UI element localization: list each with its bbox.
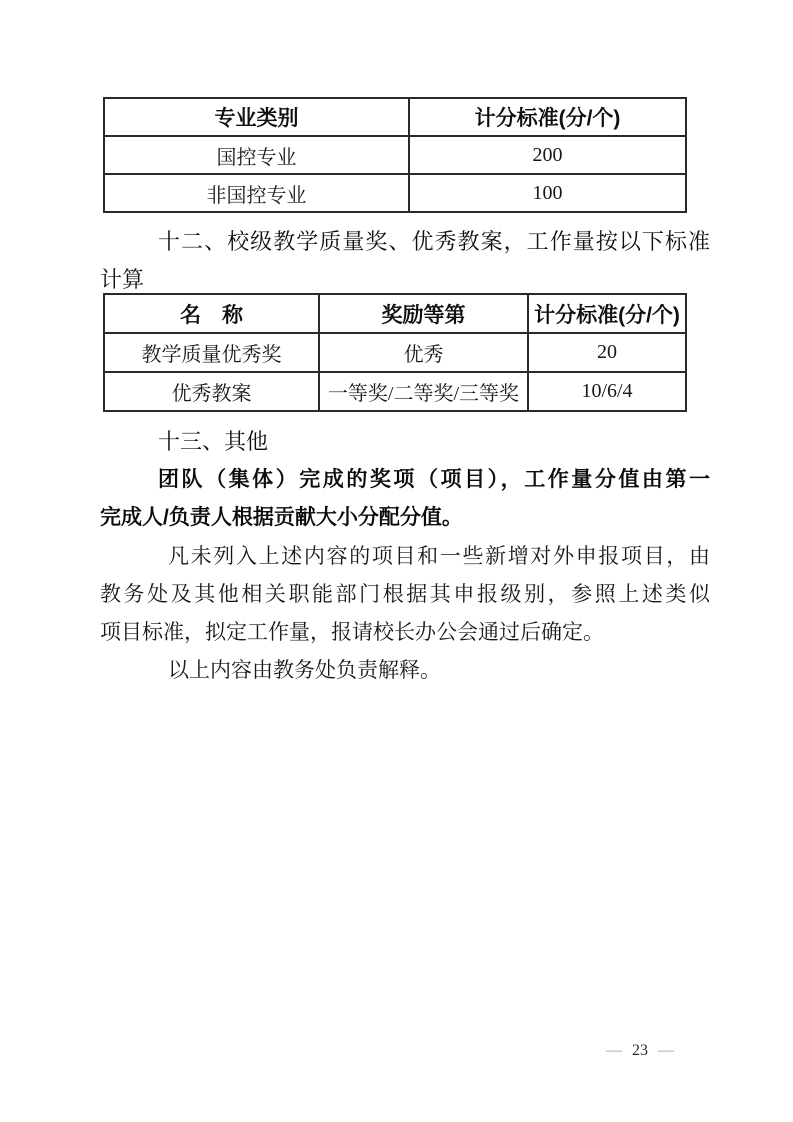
paragraph-1-line-3: 项目标准，拟定工作量，报请校长办公会通过后确定。 [100,613,710,651]
cell-score: 20 [528,333,686,372]
section-13-heading: 十三、其他 [100,423,710,461]
header-cell-category: 专业类别 [104,98,409,136]
section-12-heading: 十二、校级教学质量奖、优秀教案，工作量按以下标准 计算 [100,223,710,299]
header-cell-name: 名 称 [104,294,319,333]
unlisted-projects-paragraph: 凡未列入上述内容的项目和一些新增对外申报项目，由 教务处及其他相关职能部门根据其… [100,537,710,651]
page-number: —23— [560,1042,720,1060]
bold-paragraph-line-2: 完成人/负责人根据贡献大小分配分值。 [100,499,710,537]
table-row: 优秀教案 一等奖/二等奖/三等奖 10/6/4 [104,372,686,411]
professional-category-score-table: 专业类别 计分标准(分/个) 国控专业 200 非国控专业 100 [103,97,687,213]
header-cell-award-grade: 奖励等第 [319,294,528,333]
cell-award-grade: 一等奖/二等奖/三等奖 [319,372,528,411]
cell-category: 非国控专业 [104,174,409,212]
cell-score: 100 [409,174,686,212]
header-cell-score-standard: 计分标准(分/个) [409,98,686,136]
award-score-table: 名 称 奖励等第 计分标准(分/个) 教学质量优秀奖 优秀 20 优秀教案 一等… [103,293,687,412]
cell-name: 优秀教案 [104,372,319,411]
bold-paragraph-line-1: 团队（集体）完成的奖项（项目），工作量分值由第一 [100,461,710,499]
paragraph-1-line-1: 凡未列入上述内容的项目和一些新增对外申报项目，由 [100,537,710,575]
team-award-bold-paragraph: 团队（集体）完成的奖项（项目），工作量分值由第一 完成人/负责人根据贡献大小分配… [100,461,710,537]
cell-name: 教学质量优秀奖 [104,333,319,372]
table-header-row: 名 称 奖励等第 计分标准(分/个) [104,294,686,333]
page-number-value: 23 [632,1042,648,1059]
table-row: 教学质量优秀奖 优秀 20 [104,333,686,372]
cell-category: 国控专业 [104,136,409,174]
cell-score: 200 [409,136,686,174]
page-number-right-dash: — [658,1042,674,1059]
page-number-left-dash: — [606,1042,622,1059]
table-row: 国控专业 200 [104,136,686,174]
cell-award-grade: 优秀 [319,333,528,372]
table-row: 非国控专业 100 [104,174,686,212]
paragraph-1-line-2: 教务处及其他相关职能部门根据其申报级别，参照上述类似 [100,575,710,613]
interpretation-paragraph: 以上内容由教务处负责解释。 [100,651,710,689]
cell-score: 10/6/4 [528,372,686,411]
table-header-row: 专业类别 计分标准(分/个) [104,98,686,136]
section-13: 十三、其他 团队（集体）完成的奖项（项目），工作量分值由第一 完成人/负责人根据… [100,423,710,689]
document-page: 专业类别 计分标准(分/个) 国控专业 200 非国控专业 100 十二、校级教… [0,0,793,1122]
header-cell-score-standard: 计分标准(分/个) [528,294,686,333]
section-12-heading-line-1: 十二、校级教学质量奖、优秀教案，工作量按以下标准 [100,223,710,261]
